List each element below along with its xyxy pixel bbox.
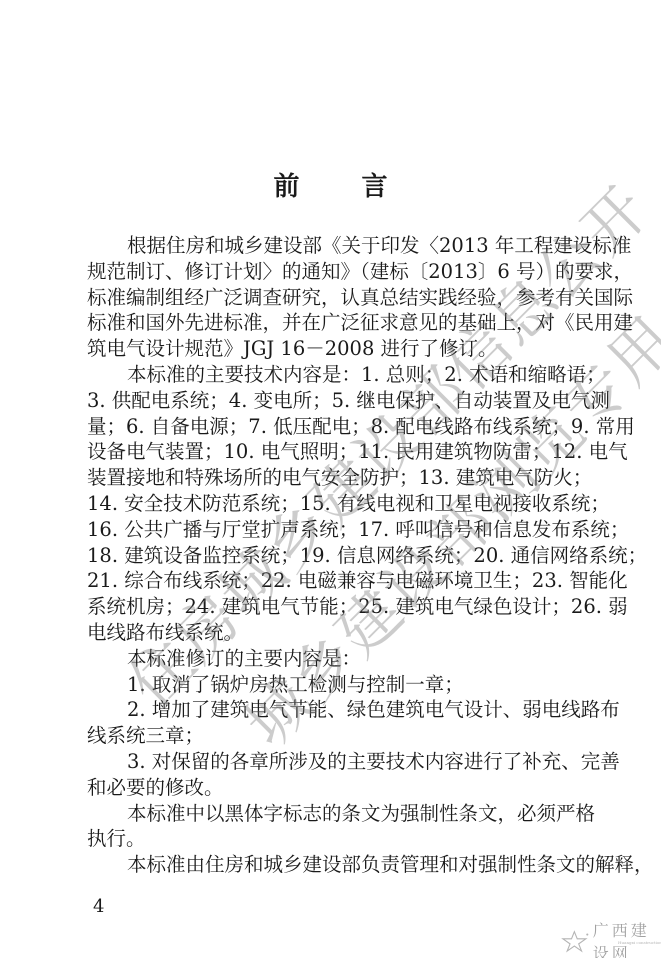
text-line: 3. 对保留的各章所涉及的主要技术内容进行了补充、完善 <box>87 749 574 775</box>
text-line: 14. 安全技术防范系统；15. 有线电视和卫星电视接收系统； <box>87 491 574 517</box>
text-line: 1. 取消了锅炉房热工检测与控制一章； <box>87 672 574 698</box>
logo-text: 广西建设网 <box>593 918 661 958</box>
text-line: 电线路布线系统。 <box>87 620 574 646</box>
text-line: 根据住房和城乡建设部《关于印发〈2013 年工程建设标准 <box>87 233 574 259</box>
document-page: 前言 根据住房和城乡建设部《关于印发〈2013 年工程建设标准规范制订、修订计划… <box>0 0 661 958</box>
logo-subtitle: Huangxi construction Information network <box>618 940 661 945</box>
text-line: 18. 建筑设备监控系统；19. 信息网络系统；20. 通信网络系统； <box>87 543 574 569</box>
text-line: 标准编制组经广泛调查研究，认真总结实践经验，参考有关国际 <box>87 285 574 311</box>
text-line: 本标准由住房和城乡建设部负责管理和对强制性条文的解释， <box>87 852 574 878</box>
text-line: 系统机房；24. 建筑电气节能；25. 建筑电气绿色设计；26. 弱 <box>87 594 574 620</box>
text-line: 量；6. 自备电源；7. 低压配电；8. 配电线路布线系统；9. 常用 <box>87 414 574 440</box>
text-line: 执行。 <box>87 826 574 852</box>
page-title: 前言 <box>0 166 661 203</box>
text-line: 21. 综合布线系统；22. 电磁兼容与电磁环境卫生；23. 智能化 <box>87 568 574 594</box>
text-line: 3. 供配电系统；4. 变电所；5. 继电保护、自动装置及电气测 <box>87 388 574 414</box>
text-line: 和必要的修改。 <box>87 775 574 801</box>
site-logo: 广西建设网 Huangxi construction Information n… <box>560 918 661 958</box>
text-line: 本标准的主要技术内容是：1. 总则；2. 术语和缩略语； <box>87 362 574 388</box>
title-char-1: 前 <box>273 166 299 203</box>
text-line: 标准和国外先进标准，并在广泛征求意见的基础上，对《民用建 <box>87 310 574 336</box>
text-line: 2. 增加了建筑电气节能、绿色建筑电气设计、弱电线路布 <box>87 697 574 723</box>
page-number: 4 <box>93 896 104 917</box>
text-line: 装置接地和特殊场所的电气安全防护；13. 建筑电气防火； <box>87 465 574 491</box>
text-line: 筑电气设计规范》JGJ 16－2008 进行了修订。 <box>87 336 574 362</box>
text-line: 线系统三章； <box>87 723 574 749</box>
text-line: 本标准中以黑体字标志的条文为强制性条文，必须严格 <box>87 801 574 827</box>
text-line: 设备电气装置；10. 电气照明；11. 民用建筑物防雷；12. 电气 <box>87 439 574 465</box>
star-logo-icon <box>560 926 589 956</box>
text-line: 16. 公共广播与厅堂扩声系统；17. 呼叫信号和信息发布系统； <box>87 517 574 543</box>
title-char-2: 言 <box>362 166 388 203</box>
text-line: 本标准修订的主要内容是： <box>87 646 574 672</box>
preface-body: 根据住房和城乡建设部《关于印发〈2013 年工程建设标准规范制订、修订计划〉的通… <box>87 233 574 878</box>
text-line: 规范制订、修订计划〉的通知》（建标〔2013〕6 号）的要求， <box>87 259 574 285</box>
